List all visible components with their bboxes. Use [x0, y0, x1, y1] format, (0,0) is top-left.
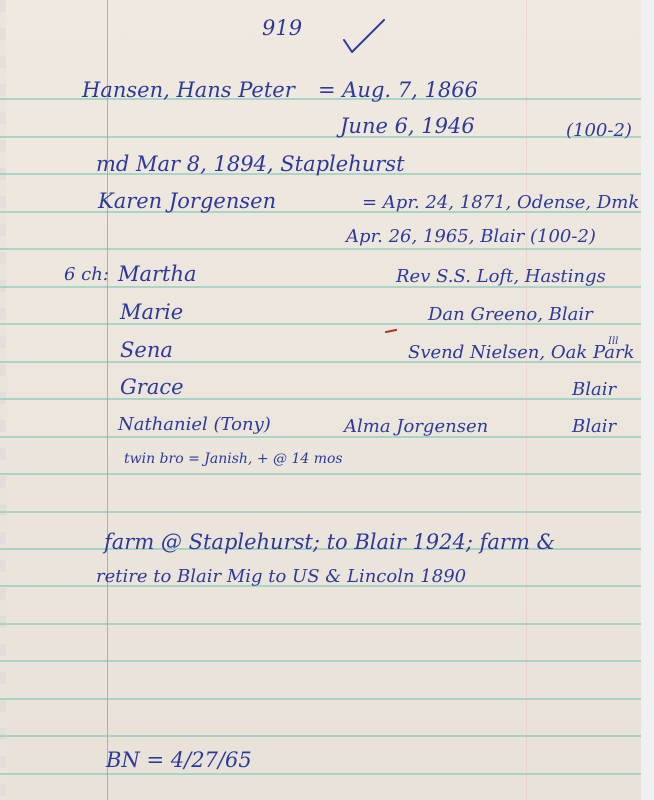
- checkmark-icon: [340, 16, 388, 56]
- spouse-death: Apr. 26, 1965, Blair (100-2): [346, 228, 596, 246]
- child-residence: Dan Greeno, Blair: [428, 306, 593, 324]
- child-residence: Svend Nielsen, Oak Park: [408, 344, 635, 362]
- rule-line: [0, 735, 641, 737]
- red-pencil-mark: [385, 329, 397, 333]
- rule-line: [0, 398, 641, 400]
- twin-note: twin bro = Janish, + @ 14 mos: [124, 452, 343, 466]
- child-name: Nathaniel (Tony): [118, 416, 271, 434]
- child-residence: Blair: [572, 381, 616, 399]
- marriage-record: md Mar 8, 1894, Staplehurst: [96, 154, 405, 175]
- rule-line: [0, 698, 641, 700]
- footer-note: BN = 4/27/65: [106, 750, 252, 771]
- child-name: Marie: [120, 302, 183, 323]
- right-margin-line: [526, 0, 527, 800]
- rule-line: [0, 660, 641, 662]
- left-margin-line: [107, 0, 108, 800]
- subject-name: Hansen, Hans Peter: [82, 80, 295, 101]
- child-spouse: Alma Jorgensen: [344, 418, 488, 436]
- subject-death-ref: (100-2): [566, 122, 632, 140]
- history-line-1: farm @ Staplehurst; to Blair 1924; farm …: [104, 532, 555, 553]
- child-name: Martha: [118, 264, 197, 285]
- children-count-label: 6 ch:: [64, 266, 109, 284]
- record-number: 919: [262, 18, 302, 39]
- child-residence: Blair: [572, 418, 616, 436]
- child-residence: Rev S.S. Loft, Hastings: [396, 268, 606, 286]
- subject-death: June 6, 1946: [340, 116, 475, 137]
- rule-line: [0, 436, 641, 438]
- rule-line: [0, 511, 641, 513]
- subject-birth: = Aug. 7, 1866: [318, 80, 478, 101]
- spouse-birth: = Apr. 24, 1871, Odense, Dmk: [362, 194, 639, 212]
- spouse-name: Karen Jorgensen: [98, 191, 276, 212]
- child-residence-note: Ill: [608, 336, 618, 347]
- child-name: Sena: [120, 340, 173, 361]
- history-line-2: retire to Blair Mig to US & Lincoln 1890: [96, 568, 466, 586]
- rule-line: [0, 248, 641, 250]
- rule-line: [0, 623, 641, 625]
- ledger-paper: 919 Hansen, Hans Peter = Aug. 7, 1866 Ju…: [0, 0, 641, 800]
- rule-line: [0, 773, 641, 775]
- child-name: Grace: [120, 377, 184, 398]
- rule-line: [0, 473, 641, 475]
- rule-line: [0, 136, 641, 138]
